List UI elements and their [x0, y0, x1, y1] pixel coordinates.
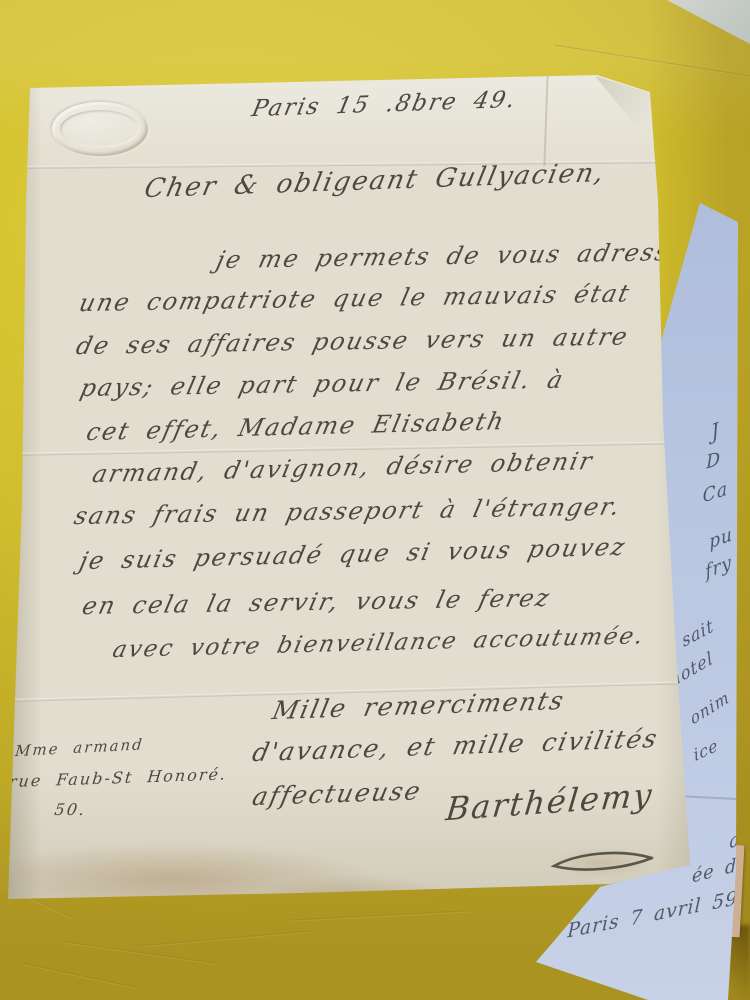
margin-note: rue Faub-St Honoré. — [8, 764, 228, 791]
body-line: sans frais un passeport à l'étranger. — [72, 492, 625, 530]
closing-line: affectueuse — [250, 776, 425, 811]
body-line: pays; elle part pour le Brésil. à — [78, 366, 568, 403]
margin-note: 50. — [53, 800, 87, 819]
photo-scene: JDCapufrysaithotelonimiceaée deParis 7 a… — [0, 0, 750, 1000]
date-line: Paris 15 .8bre 49. — [249, 87, 519, 122]
handwritten-letter: Paris 15 .8bre 49.Cher & obligeant Gully… — [8, 74, 698, 904]
fragment-line: ice — [692, 735, 720, 765]
body-line: une compatriote que le mauvais état — [77, 279, 634, 317]
closing-line: d'avance, et mille civilités — [250, 724, 662, 767]
paper-crease — [290, 910, 470, 921]
signature: Barthélemy — [444, 775, 655, 828]
body-line: cet effet, Madame Elisabeth — [84, 407, 508, 446]
paper-crease — [21, 963, 139, 990]
fragment-line: Ca — [702, 478, 729, 508]
body-line: en cela la servir, vous le ferez — [80, 584, 554, 620]
margin-note: Mme armand — [14, 735, 144, 760]
body-line: de ses affaires pousse vers un autre — [74, 322, 632, 360]
body-line: je suis persuadé que si vous pouvez — [77, 533, 629, 575]
fragment-line: pu — [708, 523, 734, 553]
fragment-line: D — [706, 448, 721, 474]
paper-crease — [140, 931, 310, 948]
fold-crease — [543, 74, 548, 166]
fragment-line: onim — [688, 687, 732, 729]
fragment-line: J — [710, 417, 721, 445]
body-line: je me permets de vous adresser — [214, 238, 703, 275]
paper-crease — [553, 44, 750, 77]
embossed-stamp — [52, 102, 148, 156]
fragment-line: fry — [704, 551, 733, 583]
signature-flourish — [548, 850, 658, 878]
fragment-line: sait — [680, 616, 716, 652]
body-line: avec votre bienveillance accoutumée. — [110, 623, 647, 663]
paper-crease — [61, 941, 220, 965]
